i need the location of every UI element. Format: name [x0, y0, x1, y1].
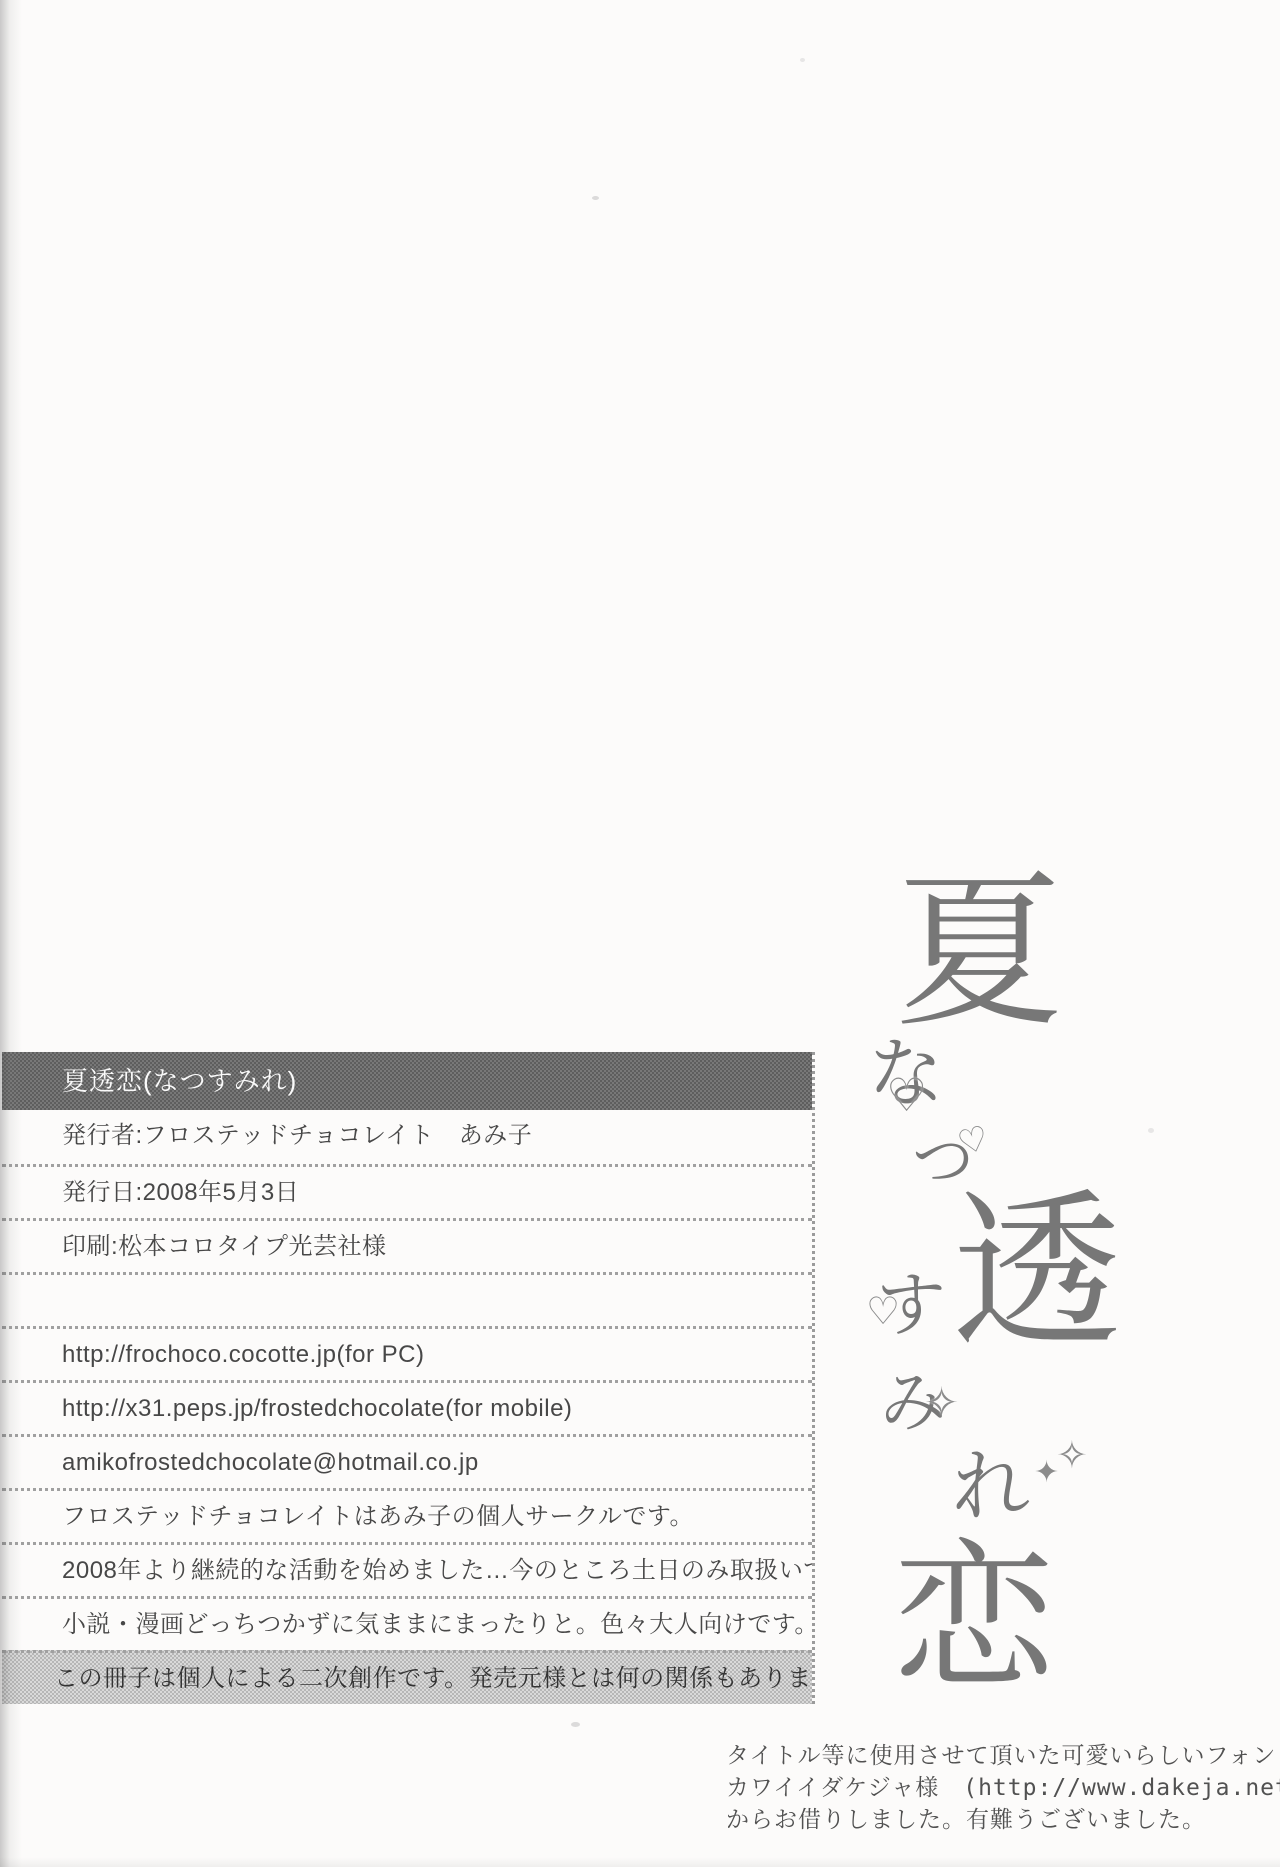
- scan-bottom-shadow: [0, 1857, 1280, 1867]
- credit-line-1: タイトル等に使用させて頂いた可愛いらしいフォントは: [726, 1740, 1280, 1772]
- colophon-title-bar: 夏透恋(なつすみれ): [2, 1052, 812, 1110]
- table-row-email: amikofrostedchocolate@hotmail.co.jp: [2, 1434, 812, 1488]
- sparkle-icon: ✧: [924, 1382, 959, 1424]
- colophon-table: 夏透恋(なつすみれ) 発行者:フロステッドチョコレイト あみ子 発行日:2008…: [2, 1052, 815, 1704]
- title-kanji-ren: 恋: [893, 1538, 1055, 1700]
- sparkle-icon: ✧: [1056, 1436, 1088, 1474]
- title-kanji-tou: 透: [952, 1188, 1122, 1358]
- table-row-activity-note: 2008年より継続的な活動を始めました…今のところ土日のみ取扱いです。: [2, 1542, 812, 1596]
- table-row-content-note: 小説・漫画どっちつかずに気ままにまったりと。色々大人向けです。: [2, 1596, 812, 1650]
- table-row-empty: [2, 1272, 812, 1326]
- scan-speck: [592, 196, 599, 200]
- table-row-url-mobile: http://x31.peps.jp/frostedchocolate(for …: [2, 1380, 812, 1434]
- title-kanji-natsu: 夏: [895, 868, 1063, 1036]
- heart-icon: ♡: [866, 1292, 900, 1330]
- table-row-printer: 印刷:松本コロタイプ光芸社様: [2, 1218, 812, 1272]
- scan-speck: [800, 58, 805, 62]
- scan-speck: [1148, 1128, 1154, 1133]
- disclaimer-row: この冊子は個人による二次創作です。発売元様とは何の関係もありません。: [2, 1650, 812, 1704]
- heart-icon: ♡: [886, 1072, 927, 1118]
- scan-speck: [571, 1722, 580, 1727]
- table-row-publisher: 発行者:フロステッドチョコレイト あみ子: [2, 1110, 812, 1164]
- credit-line-3: からお借りしました。有難うございました。: [726, 1804, 1280, 1836]
- table-row-circle-note: フロステッドチョコレイトはあみ子の個人サークルです。: [2, 1488, 812, 1542]
- font-credit: タイトル等に使用させて頂いた可愛いらしいフォントは カワイイダケジャ様 (htt…: [726, 1740, 1280, 1836]
- credit-line-2: カワイイダケジャ様 (http://www.dakeja.net/): [726, 1772, 1280, 1804]
- scanned-page: 夏 な ♡ つ ♡ 透 す ♡ み ✧ れ ✦ ✧ 恋 夏透恋(なつすみれ) 発…: [0, 0, 1280, 1867]
- table-row-url-pc: http://frochoco.cocotte.jp(for PC): [2, 1326, 812, 1380]
- title-furigana-re: れ: [952, 1448, 1030, 1526]
- table-row-pubdate: 発行日:2008年5月3日: [2, 1164, 812, 1218]
